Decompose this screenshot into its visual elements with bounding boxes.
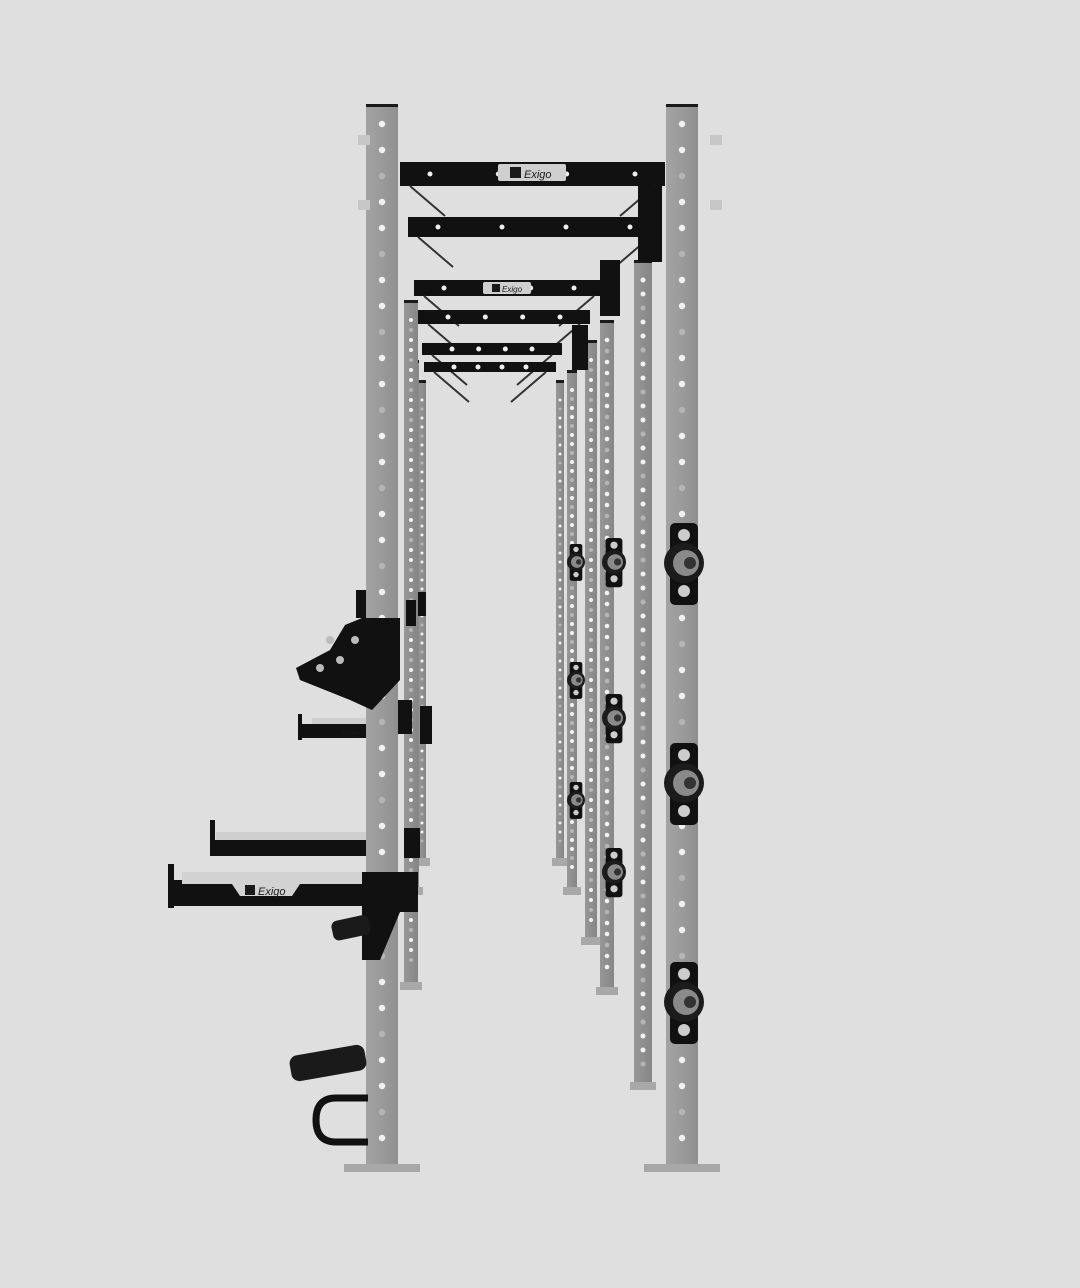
logo-text: Exigo — [502, 285, 523, 294]
front-left-upright — [344, 104, 722, 1172]
exigo-e-icon — [492, 284, 500, 292]
rack-render: Exigo Exigo Exigo Exigo — [0, 0, 1080, 1288]
logo-text: Exigo — [342, 730, 360, 737]
exigo-e-icon — [245, 885, 255, 895]
logo-mid-crossmember: Exigo — [483, 282, 531, 294]
logo-spotter-upper: Exigo — [342, 730, 360, 737]
crossmembers — [400, 162, 665, 402]
logo-text: Exigo — [258, 886, 286, 898]
logo-text: Exigo — [524, 169, 552, 181]
exigo-e-icon — [510, 167, 521, 178]
rear-uprights — [400, 260, 656, 1090]
logo-top-crossmember: Exigo — [498, 164, 566, 181]
